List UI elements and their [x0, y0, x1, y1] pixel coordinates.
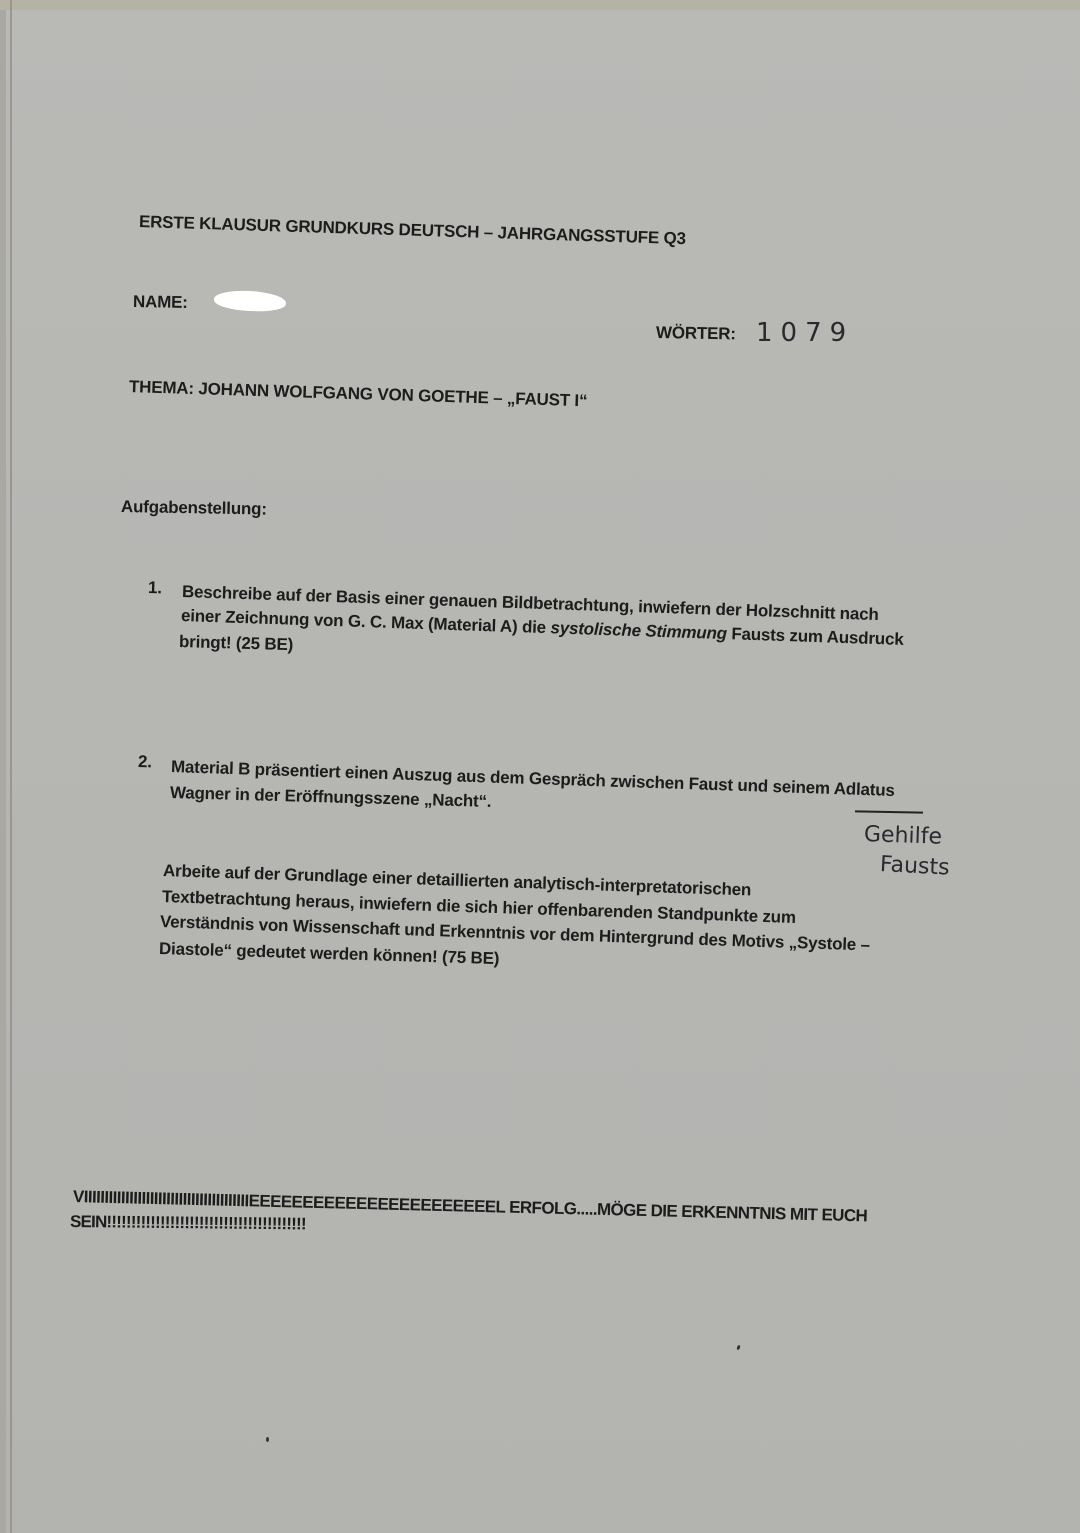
task-heading: Aufgabenstellung: [121, 497, 267, 520]
word-count-label: WÖRTER: [656, 323, 736, 344]
handwritten-note-line-2: Fausts [879, 852, 950, 881]
paper-left-edge [10, 0, 12, 1533]
name-label: NAME: [133, 292, 188, 313]
task-2-number: 2. [138, 752, 152, 772]
word-count-handwritten: 1079 [756, 318, 854, 348]
handwritten-note-line-1: Gehilfe [864, 822, 943, 850]
task-1-number: 1. [148, 578, 162, 598]
paper-speck [266, 1437, 269, 1442]
paper-top-edge [0, 0, 1080, 10]
task-1-line-3: bringt! (25 BE) [179, 632, 294, 655]
closing-line-2: SEIN!!!!!!!!!!!!!!!!!!!!!!!!!!!!!!!!!!!!… [70, 1212, 306, 1234]
underlined-word: Adlatus [833, 779, 895, 800]
